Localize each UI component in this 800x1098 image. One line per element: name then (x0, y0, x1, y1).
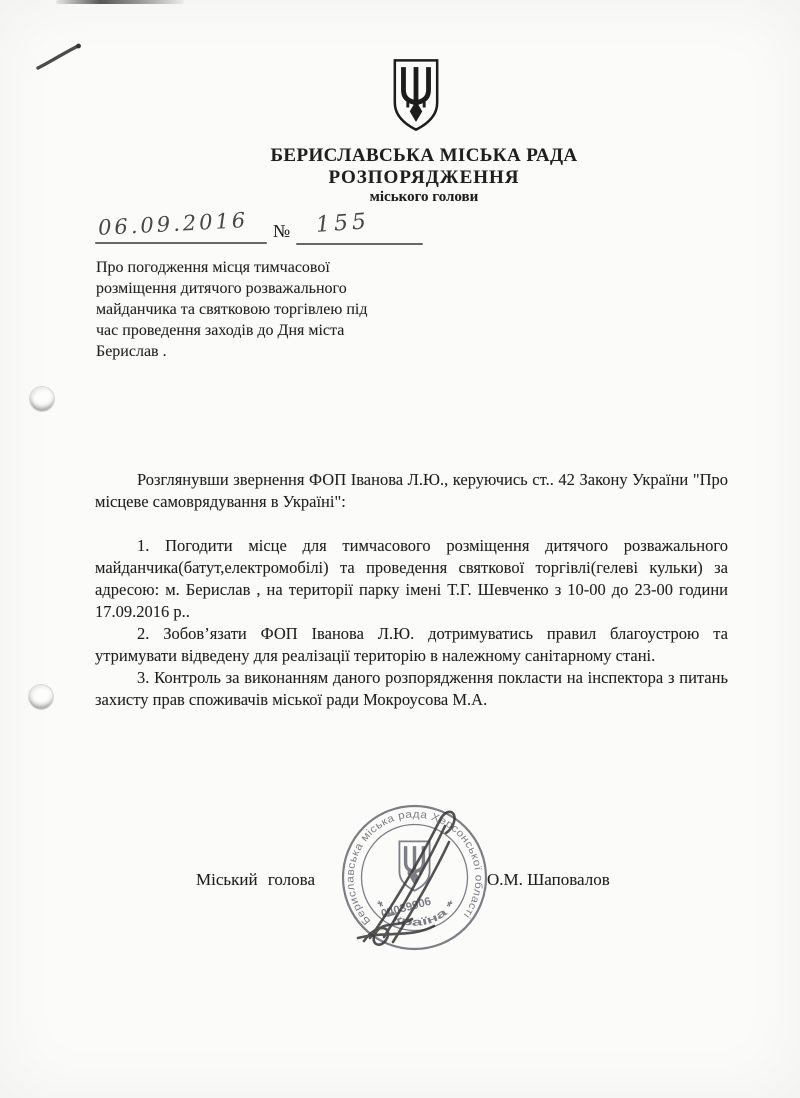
scan-edge-smudge (56, 0, 184, 4)
trident-emblem-icon (390, 57, 442, 133)
number-underline (296, 243, 423, 245)
order-item-2: 2. Зобов’язати ФОП Іванова Л.Ю. дотримув… (95, 623, 728, 667)
number-sign-label: № (273, 221, 290, 242)
org-name: БЕРИСЛАВСЬКА МІСЬКА РАДА (24, 144, 800, 167)
order-item-3: 3. Контроль за виконанням даного розпоря… (95, 667, 728, 711)
signatory-name: О.М. Шаповалов (487, 870, 610, 890)
doc-type-title: РОЗПОРЯДЖЕННЯ (24, 167, 800, 188)
handwritten-date: 06.09.2016 (97, 208, 248, 240)
document-body: Розглянувши звернення ФОП Іванова Л.Ю., … (95, 469, 728, 711)
order-item-1: 1. Погодити місце для тимчасового розміщ… (95, 535, 728, 623)
document-header: БЕРИСЛАВСЬКА МІСЬКА РАДА РОЗПОРЯДЖЕННЯ м… (24, 144, 800, 207)
hole-punch-top (29, 386, 55, 412)
body-intro: Розглянувши звернення ФОП Іванова Л.Ю., … (95, 469, 728, 513)
pen-mark (30, 38, 92, 78)
hole-punch-bottom (28, 684, 54, 710)
issuer-subtitle: міського голови (24, 188, 800, 207)
subject-paragraph: Про погодження місця тимчасової розміщен… (96, 257, 370, 362)
date-underline (95, 242, 267, 244)
scanned-document-page: БЕРИСЛАВСЬКА МІСЬКА РАДА РОЗПОРЯДЖЕННЯ м… (0, 0, 800, 1098)
handwritten-number: 155 (315, 209, 371, 238)
signatory-title: Міський голова (196, 870, 315, 890)
signature-scrawl (340, 788, 502, 960)
